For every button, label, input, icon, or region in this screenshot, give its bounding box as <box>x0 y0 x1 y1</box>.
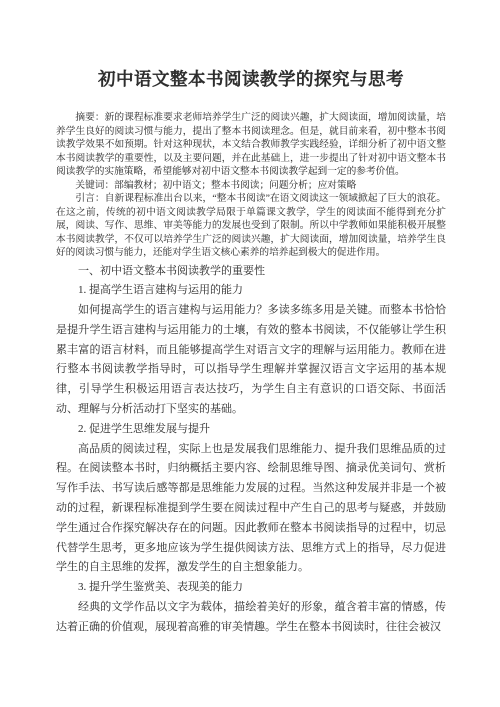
paper-title: 初中语文整本书阅读教学的探究与思考 <box>56 65 446 93</box>
keywords-line: 关键词：部编教材；初中语文；整本书阅读；问题分析；应对策略 <box>56 179 446 193</box>
subsection-3-heading: 3. 提升学生鉴赏美、表现美的能力 <box>56 578 446 598</box>
front-matter: 摘要：新的课程标准要求老师培养学生广泛的阅读兴趣，扩大阅读面，增加阅读量，培养学… <box>56 111 446 260</box>
subsection-2-paragraph: 高品质的阅读过程，实际上也是发展我们思维能力、提升我们思维品质的过程。在阅读整本… <box>56 440 446 579</box>
introduction-paragraph: 引言：自新课程标准出台以来，“整本书阅读”在语文阅读这一领域掀起了巨大的浪花。在… <box>56 192 446 260</box>
subsection-3-paragraph: 经典的文学作品以文字为载体，描绘着美好的形象，蕴含着丰富的情感，传达着正确的价值… <box>56 598 446 638</box>
abstract-paragraph: 摘要：新的课程标准要求老师培养学生广泛的阅读兴趣，扩大阅读面，增加阅读量，培养学… <box>56 111 446 179</box>
document-page: 初中语文整本书阅读教学的探究与思考 摘要：新的课程标准要求老师培养学生广泛的阅读… <box>0 0 500 707</box>
body-text: 一、初中语文整本书阅读教学的重要性 1. 提高学生语言建构与运用的能力 如何提高… <box>56 262 446 638</box>
subsection-1-paragraph: 如何提高学生的语言建构与运用能力？多读多练多用是关键。而整本书恰恰是提升学生语言… <box>56 301 446 420</box>
section-1-heading: 一、初中语文整本书阅读教学的重要性 <box>56 262 446 282</box>
subsection-2-heading: 2. 促进学生思维发展与提升 <box>56 420 446 440</box>
subsection-1-heading: 1. 提高学生语言建构与运用的能力 <box>56 281 446 301</box>
